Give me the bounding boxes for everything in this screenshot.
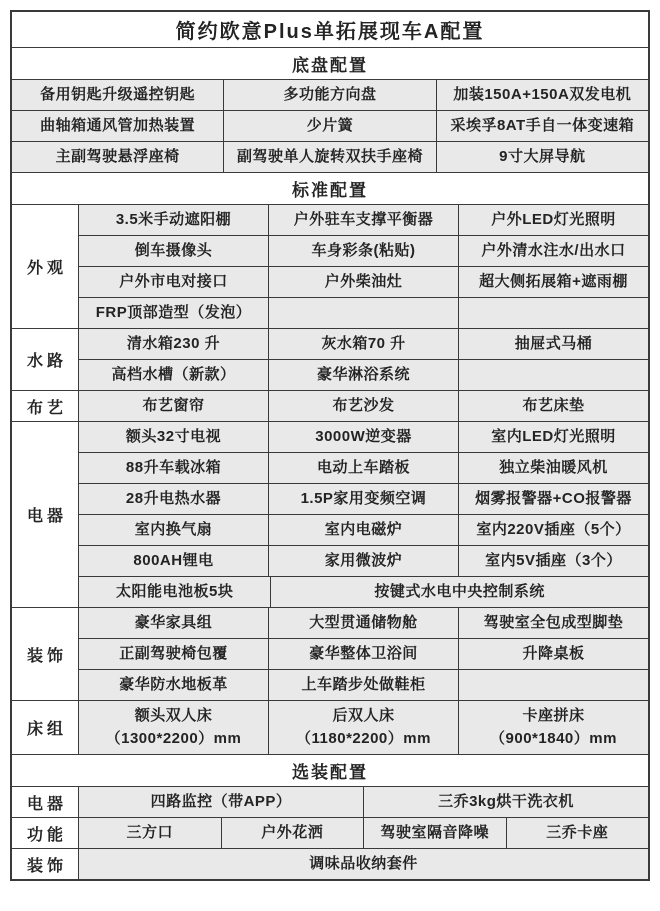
category-cell-decor: 装饰 — [12, 608, 79, 700]
table-row: 额头双人床 （1300*2200）mm 后双人床 （1180*2200）mm 卡… — [79, 701, 648, 754]
config-cell: 主副驾驶悬浮座椅 — [12, 142, 224, 172]
config-cell: 四路监控（带APP） — [79, 787, 364, 817]
config-cell: 三乔卡座 — [507, 818, 649, 848]
config-cell-empty — [459, 298, 648, 328]
table-row: 800AH锂电 家用微波炉 室内5V插座（3个） — [79, 546, 648, 577]
table-row: 调味品收纳套件 — [79, 849, 648, 879]
config-cell: 布艺床垫 — [459, 391, 648, 421]
config-cell: 豪华家具组 — [79, 608, 269, 638]
config-cell: 豪华防水地板革 — [79, 670, 269, 700]
config-cell: 多功能方向盘 — [224, 80, 436, 110]
table-row: 四路监控（带APP） 三乔3kg烘干洗衣机 — [79, 787, 648, 817]
config-cell: 户外市电对接口 — [79, 267, 269, 297]
config-cell: 驾驶室全包成型脚垫 — [459, 608, 648, 638]
table-row: 88升车载冰箱 电动上车踏板 独立柴油暖风机 — [79, 453, 648, 484]
bed-name: 后双人床 — [332, 705, 394, 728]
config-table: 简约欧意Plus单拓展现车A配置 底盘配置 备用钥匙升级遥控钥匙 多功能方向盘 … — [10, 10, 650, 881]
config-cell: 800AH锂电 — [79, 546, 269, 576]
category-cell-optional-decor: 装饰 — [12, 849, 79, 879]
group-bed: 床组 额头双人床 （1300*2200）mm 后双人床 （1180*2200）m… — [12, 701, 648, 755]
config-cell: 三方口 — [79, 818, 222, 848]
bed-name: 额头双人床 — [135, 705, 213, 728]
table-row: 高档水槽（新款） 豪华淋浴系统 — [79, 360, 648, 390]
table-row: 三方口 户外花洒 驾驶室隔音降噪 三乔卡座 — [79, 818, 648, 848]
config-cell: 室内换气扇 — [79, 515, 269, 545]
category-cell-optional-function: 功能 — [12, 818, 79, 848]
config-cell: 布艺窗帘 — [79, 391, 269, 421]
config-cell: 大型贯通储物舱 — [269, 608, 459, 638]
table-row: 主副驾驶悬浮座椅 副驾驶单人旋转双扶手座椅 9寸大屏导航 — [12, 142, 648, 173]
config-cell: 高档水槽（新款） — [79, 360, 269, 390]
config-cell: 驾驶室隔音降噪 — [364, 818, 507, 848]
config-cell: 电动上车踏板 — [269, 453, 459, 483]
config-cell: 88升车载冰箱 — [79, 453, 269, 483]
section-header-chassis: 底盘配置 — [12, 48, 648, 80]
config-cell: 烟雾报警器+CO报警器 — [459, 484, 648, 514]
group-electric: 电器 额头32寸电视 3000W逆变器 室内LED灯光照明 88升车载冰箱 电动… — [12, 422, 648, 608]
config-cell: 室内电磁炉 — [269, 515, 459, 545]
config-cell-bed: 后双人床 （1180*2200）mm — [269, 701, 459, 754]
config-cell-bed: 卡座拼床 （900*1840）mm — [459, 701, 648, 754]
config-cell-empty — [459, 360, 648, 390]
config-cell: 室内5V插座（3个） — [459, 546, 648, 576]
category-cell-water: 水路 — [12, 329, 79, 390]
config-cell: 9寸大屏导航 — [437, 142, 648, 172]
group-water: 水路 清水箱230 升 灰水箱70 升 抽屉式马桶 高档水槽（新款） 豪华淋浴系… — [12, 329, 648, 391]
config-cell: 室内220V插座（5个） — [459, 515, 648, 545]
group-fabric: 布艺 布艺窗帘 布艺沙发 布艺床垫 — [12, 391, 648, 422]
category-cell-fabric: 布艺 — [12, 391, 79, 421]
category-cell-electric: 电器 — [12, 422, 79, 607]
config-cell: 上车踏步处做鞋柜 — [269, 670, 459, 700]
config-cell: 布艺沙发 — [269, 391, 459, 421]
category-cell-bed: 床组 — [12, 701, 79, 754]
table-row: 户外市电对接口 户外柴油灶 超大侧拓展箱+遮雨棚 — [79, 267, 648, 298]
config-cell: 28升电热水器 — [79, 484, 269, 514]
config-cell: 少片簧 — [224, 111, 436, 141]
page-title: 简约欧意Plus单拓展现车A配置 — [12, 12, 648, 48]
config-cell: 户外LED灯光照明 — [459, 205, 648, 235]
config-cell: 采埃孚8AT手自一体变速箱 — [437, 111, 648, 141]
section-header-optional: 选装配置 — [12, 755, 648, 787]
group-optional-function: 功能 三方口 户外花洒 驾驶室隔音降噪 三乔卡座 — [12, 818, 648, 849]
config-cell: 加装150A+150A双发电机 — [437, 80, 648, 110]
table-row: 正副驾驶椅包覆 豪华整体卫浴间 升降桌板 — [79, 639, 648, 670]
table-row: 太阳能电池板5块 按键式水电中央控制系统 — [79, 577, 648, 607]
bed-size: （900*1840）mm — [490, 728, 617, 751]
config-cell: FRP顶部造型（发泡） — [79, 298, 269, 328]
config-cell-empty — [459, 670, 648, 700]
config-cell: 正副驾驶椅包覆 — [79, 639, 269, 669]
config-cell: 家用微波炉 — [269, 546, 459, 576]
config-cell: 超大侧拓展箱+遮雨棚 — [459, 267, 648, 297]
config-cell: 曲轴箱通风管加热装置 — [12, 111, 224, 141]
config-cell: 备用钥匙升级遥控钥匙 — [12, 80, 224, 110]
category-cell-optional-electric: 电器 — [12, 787, 79, 817]
bed-size: （1180*2200）mm — [296, 728, 431, 751]
config-cell: 三乔3kg烘干洗衣机 — [364, 787, 648, 817]
config-cell: 抽屉式马桶 — [459, 329, 648, 359]
config-cell: 额头32寸电视 — [79, 422, 269, 452]
config-cell-bed: 额头双人床 （1300*2200）mm — [79, 701, 269, 754]
config-cell-empty — [269, 298, 459, 328]
table-row: 豪华防水地板革 上车踏步处做鞋柜 — [79, 670, 648, 700]
config-cell: 倒车摄像头 — [79, 236, 269, 266]
bed-size: （1300*2200）mm — [106, 728, 242, 751]
table-row: 3.5米手动遮阳棚 户外驻车支撑平衡器 户外LED灯光照明 — [79, 205, 648, 236]
table-row: 室内换气扇 室内电磁炉 室内220V插座（5个） — [79, 515, 648, 546]
config-cell: 升降桌板 — [459, 639, 648, 669]
config-cell: 清水箱230 升 — [79, 329, 269, 359]
config-cell: 室内LED灯光照明 — [459, 422, 648, 452]
config-cell: 户外驻车支撑平衡器 — [269, 205, 459, 235]
bed-name: 卡座拼床 — [522, 705, 584, 728]
group-exterior: 外观 3.5米手动遮阳棚 户外驻车支撑平衡器 户外LED灯光照明 倒车摄像头 车… — [12, 205, 648, 329]
table-row: FRP顶部造型（发泡） — [79, 298, 648, 328]
config-cell: 车身彩条(粘贴) — [269, 236, 459, 266]
config-cell: 豪华整体卫浴间 — [269, 639, 459, 669]
config-cell: 3000W逆变器 — [269, 422, 459, 452]
config-cell: 豪华淋浴系统 — [269, 360, 459, 390]
table-row: 额头32寸电视 3000W逆变器 室内LED灯光照明 — [79, 422, 648, 453]
config-cell: 户外清水注水/出水口 — [459, 236, 648, 266]
table-row: 倒车摄像头 车身彩条(粘贴) 户外清水注水/出水口 — [79, 236, 648, 267]
group-optional-decor: 装饰 调味品收纳套件 — [12, 849, 648, 879]
category-cell-exterior: 外观 — [12, 205, 79, 328]
table-row: 布艺窗帘 布艺沙发 布艺床垫 — [79, 391, 648, 421]
table-row: 备用钥匙升级遥控钥匙 多功能方向盘 加装150A+150A双发电机 — [12, 80, 648, 111]
table-row: 豪华家具组 大型贯通储物舱 驾驶室全包成型脚垫 — [79, 608, 648, 639]
config-cell: 户外花洒 — [222, 818, 365, 848]
config-cell: 户外柴油灶 — [269, 267, 459, 297]
config-cell: 独立柴油暖风机 — [459, 453, 648, 483]
config-cell: 调味品收纳套件 — [79, 849, 648, 879]
table-row: 清水箱230 升 灰水箱70 升 抽屉式马桶 — [79, 329, 648, 360]
config-cell: 副驾驶单人旋转双扶手座椅 — [224, 142, 436, 172]
section-header-standard: 标准配置 — [12, 173, 648, 205]
group-decor: 装饰 豪华家具组 大型贯通储物舱 驾驶室全包成型脚垫 正副驾驶椅包覆 豪华整体卫… — [12, 608, 648, 701]
group-optional-electric: 电器 四路监控（带APP） 三乔3kg烘干洗衣机 — [12, 787, 648, 818]
table-row: 曲轴箱通风管加热装置 少片簧 采埃孚8AT手自一体变速箱 — [12, 111, 648, 142]
config-cell: 1.5P家用变频空调 — [269, 484, 459, 514]
config-cell: 3.5米手动遮阳棚 — [79, 205, 269, 235]
config-cell-merged: 按键式水电中央控制系统 — [271, 577, 648, 607]
config-cell: 太阳能电池板5块 — [79, 577, 271, 607]
config-cell: 灰水箱70 升 — [269, 329, 459, 359]
table-row: 28升电热水器 1.5P家用变频空调 烟雾报警器+CO报警器 — [79, 484, 648, 515]
